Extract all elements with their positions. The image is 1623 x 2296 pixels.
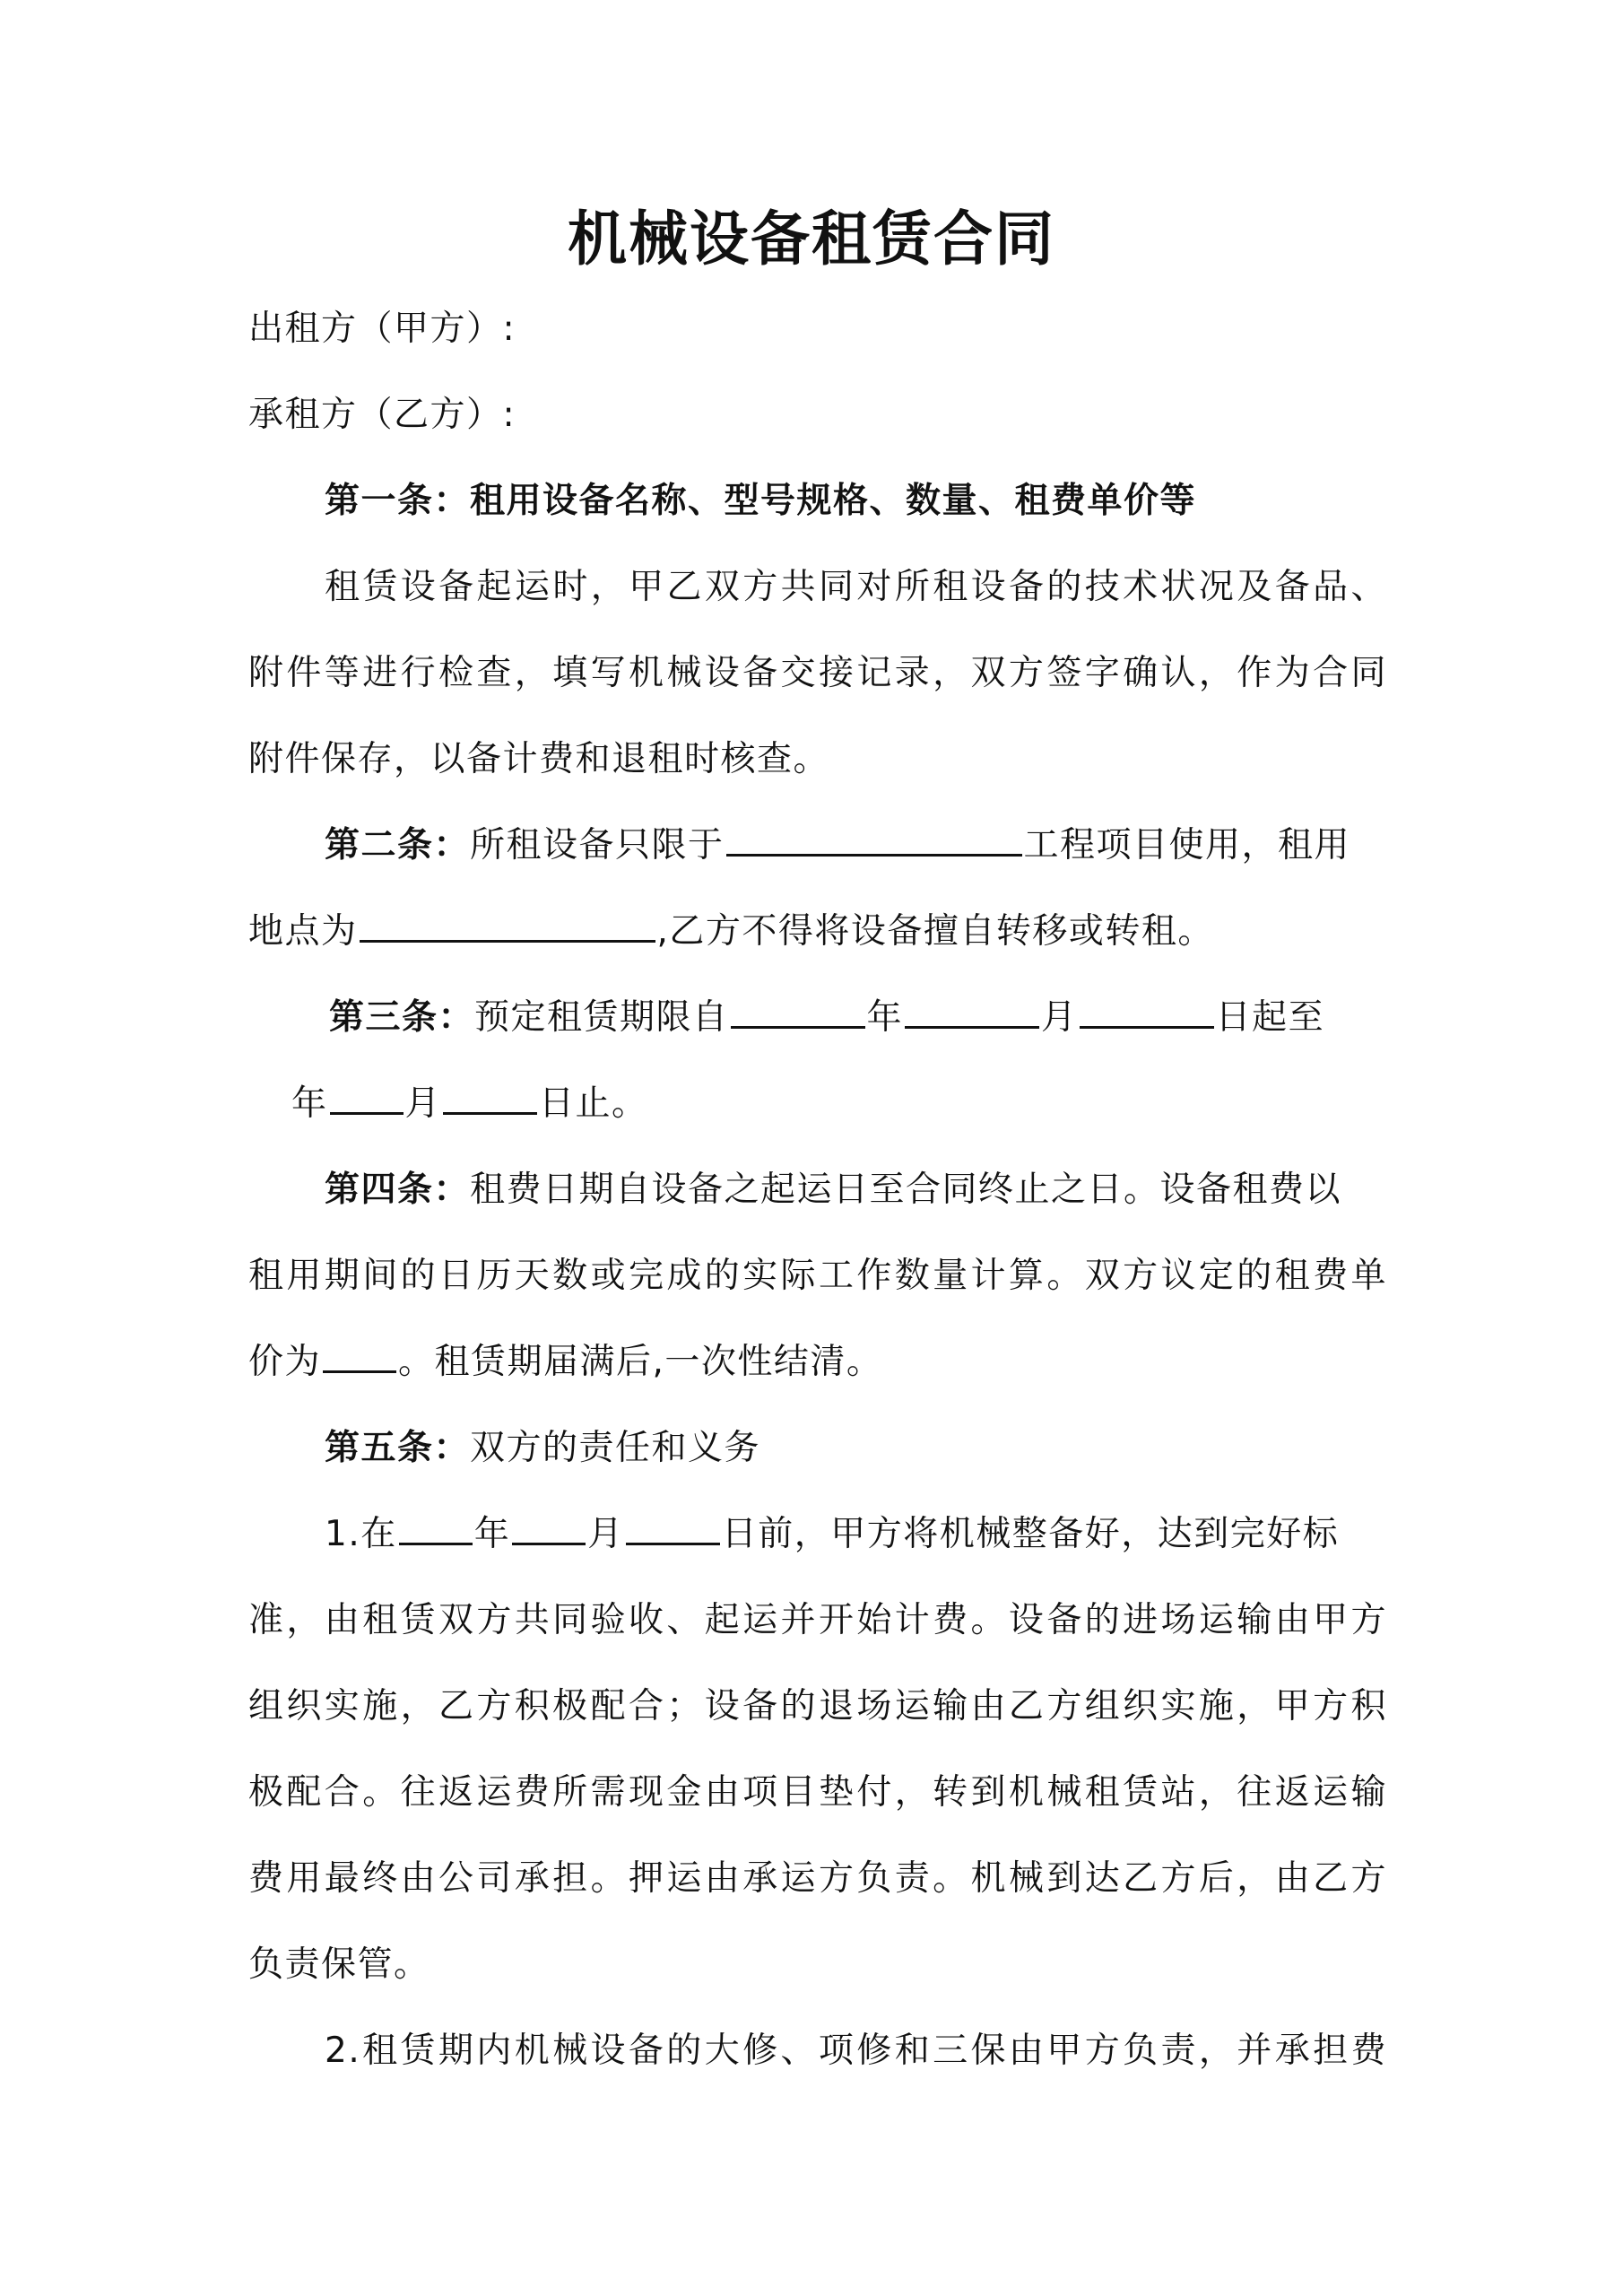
article2-text-a: 所租设备只限于: [470, 825, 725, 865]
article5-heading: 第五条：: [325, 1428, 470, 1468]
article3-line1: 第三条：预定租赁期限自年月日起至: [248, 991, 1387, 1045]
location-blank[interactable]: [360, 906, 655, 943]
article2-line1: 第二条：所租设备只限于工程项目使用，租用: [248, 819, 1387, 873]
article5-title: 双方的责任和义务: [470, 1428, 760, 1468]
end-month-label: 月: [405, 1083, 442, 1124]
article5-item1-line6: 负责保管。: [248, 1938, 1387, 1992]
article4-line3: 价为。租赁期届满后,一次性结清。: [248, 1335, 1387, 1389]
article3-text-a: 预定租赁期限自: [474, 997, 729, 1038]
document-title: 机械设备租赁合同: [0, 199, 1623, 280]
article5-item1-line5: 费用最终由公司承担。押运由承运方负责。机械到达乙方后，由乙方: [248, 1852, 1387, 1906]
start-month-blank[interactable]: [905, 992, 1039, 1029]
article2-text-d: ,乙方不得将设备擅自转移或转租。: [657, 911, 1214, 952]
unit-price-blank[interactable]: [323, 1336, 396, 1373]
article2-text-b: 工程项目使用，租用: [1024, 825, 1351, 865]
article1-line2: 附件等进行检查，填写机械设备交接记录，双方签字确认，作为合同: [248, 647, 1387, 700]
article4-text3b: 。租赁期届满后,一次性结清。: [398, 1342, 882, 1382]
article4-line1: 第四条：租费日期自设备之起运日至合同终止之日。设备租费以: [248, 1163, 1387, 1217]
article1-line1: 租赁设备起运时，甲乙双方共同对所租设备的技术状况及备品、: [248, 561, 1387, 614]
article3-heading: 第三条：: [329, 997, 474, 1038]
article5-item1-line4: 极配合。往返运费所需现金由项目垫付，转到机械租赁站，往返运输: [248, 1766, 1387, 1820]
lessor-label: 出租方（甲方）:: [248, 302, 1387, 356]
ready-year-blank[interactable]: [399, 1509, 473, 1545]
month-label: 月: [1041, 997, 1078, 1038]
lessee-label: 承租方（乙方）:: [248, 388, 1387, 442]
article5-item1-line1: 1.在年月日前，甲方将机械整备好，达到完好标: [248, 1508, 1387, 1561]
project-name-blank[interactable]: [726, 820, 1022, 857]
ready-day-blank[interactable]: [626, 1509, 720, 1545]
item1-day-text: 日前，甲方将机械整备好，达到完好标: [722, 1514, 1340, 1554]
end-year-label: 年: [291, 1083, 328, 1124]
article4-heading: 第四条：: [325, 1170, 470, 1210]
article5-heading-line: 第五条：双方的责任和义务: [248, 1422, 1387, 1475]
end-month-blank[interactable]: [330, 1078, 404, 1115]
article3-line2: 年月日止。: [248, 1077, 1387, 1131]
year-label: 年: [867, 997, 904, 1038]
end-day-blank[interactable]: [443, 1078, 537, 1115]
item1-month-label: 月: [587, 1514, 624, 1554]
day-to-label: 日止。: [539, 1083, 648, 1124]
article2-text-c: 地点为: [248, 911, 358, 952]
start-day-blank[interactable]: [1080, 992, 1214, 1029]
article5-item2-line1: 2.租赁期内机械设备的大修、项修和三保由甲方负责，并承担费: [248, 2024, 1387, 2078]
article5-item1-line2: 准，由租赁双方共同验收、起运并开始计费。设备的进场运输由甲方: [248, 1594, 1387, 1648]
article4-text3a: 价为: [248, 1342, 321, 1382]
article1-heading: 第一条：租用设备名称、型号规格、数量、租费单价等: [248, 474, 1387, 528]
article1-line3: 附件保存，以备计费和退租时核查。: [248, 733, 1387, 787]
item1-prefix: 1.在: [325, 1514, 397, 1554]
day-from-label: 日起至: [1216, 997, 1325, 1038]
item1-year-label: 年: [474, 1514, 511, 1554]
ready-month-blank[interactable]: [512, 1509, 586, 1545]
article2-line2: 地点为,乙方不得将设备擅自转移或转租。: [248, 905, 1387, 959]
article2-heading: 第二条：: [325, 825, 470, 865]
start-year-blank[interactable]: [731, 992, 865, 1029]
article5-item1-line3: 组织实施，乙方积极配合；设备的退场运输由乙方组织实施，甲方积: [248, 1680, 1387, 1734]
article4-text1: 租费日期自设备之起运日至合同终止之日。设备租费以: [470, 1170, 1341, 1210]
article4-line2: 租用期间的日历天数或完成的实际工作数量计算。双方议定的租费单: [248, 1249, 1387, 1303]
document-page: 机械设备租赁合同 出租方（甲方）: 承租方（乙方）: 第一条：租用设备名称、型号…: [0, 0, 1623, 2296]
